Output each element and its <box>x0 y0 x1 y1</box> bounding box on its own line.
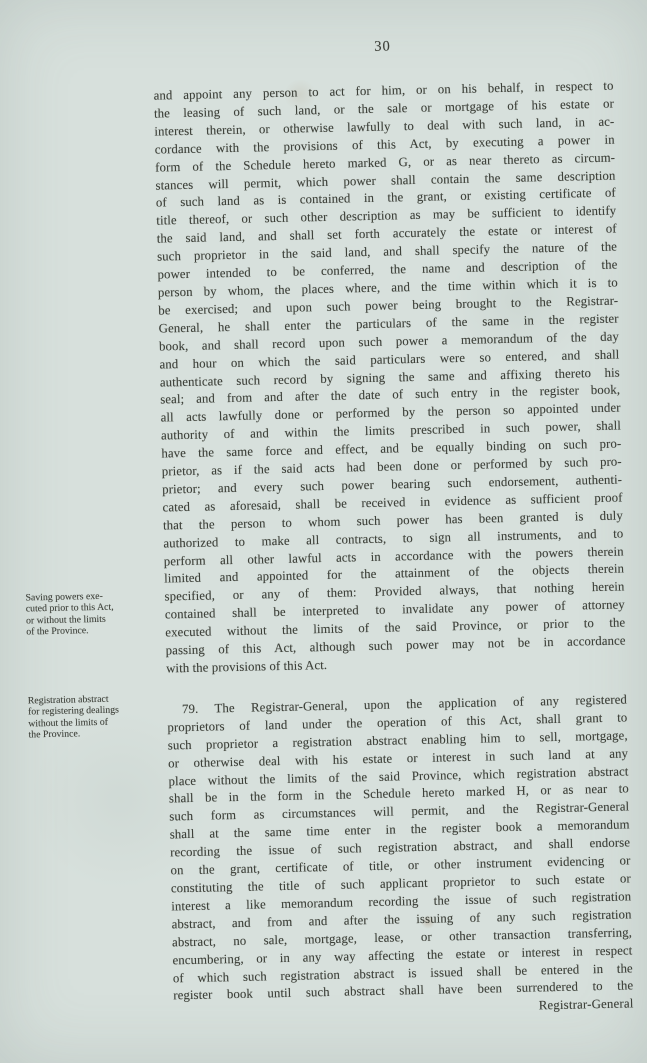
page-content: 30 Saving powers exe-cuted prior to this… <box>0 0 647 1063</box>
margin-note-saving-powers: Saving powers exe-cuted prior to this Ac… <box>25 589 178 638</box>
text-line: the Province. <box>28 726 180 741</box>
text-line: of the Province. <box>26 623 178 638</box>
scanned-document-page: 30 Saving powers exe-cuted prior to this… <box>0 0 647 1063</box>
page-number: 30 <box>152 34 612 61</box>
body-text: and appoint any person to act for him, o… <box>153 78 633 1024</box>
paragraph-clause-79: 79. The Registrar-General, upon the appl… <box>167 691 634 1005</box>
paragraph-continuation: and appoint any person to act for him, o… <box>153 78 626 679</box>
margin-note-registration-abstract: Registration abstractfor registering dea… <box>28 692 181 741</box>
